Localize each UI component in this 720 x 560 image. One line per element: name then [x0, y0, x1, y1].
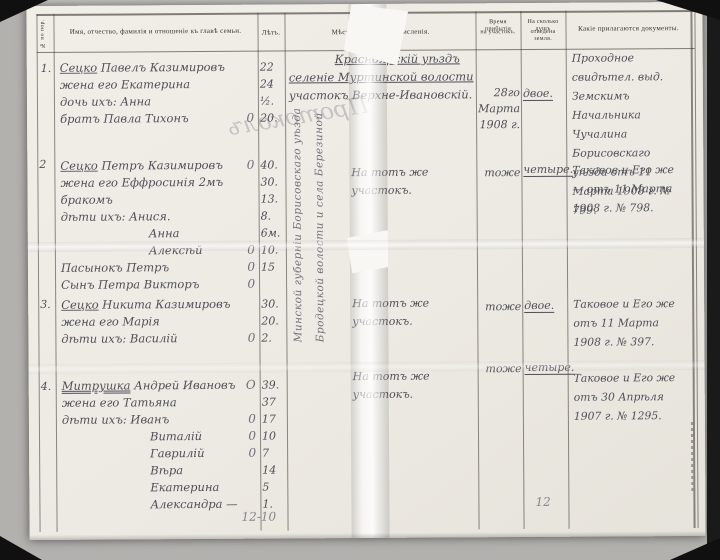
printer-imprint — [691, 422, 693, 494]
member-name: Александра — — [62, 496, 258, 514]
tally-mark: 0 — [248, 411, 256, 428]
pencil-total-right: 12 — [535, 495, 550, 509]
tally-mark: 0 — [247, 276, 255, 293]
member-name: 0Пасынокъ Петръ — [61, 259, 257, 277]
member-name: 0дѣти ихъ: Иванъ — [62, 411, 258, 429]
family-ages: 30. 20. 2. — [261, 295, 285, 346]
row-number: 3. — [40, 298, 51, 311]
column-header-name: Имя, отчество, фамилія и отношеніе къ гл… — [57, 27, 255, 36]
row-number: 1. — [41, 62, 52, 75]
member-name: 0Сынъ Петра Викторъ — [61, 276, 257, 294]
member-age: 6м. — [261, 224, 285, 241]
family-ages: 39. 37 17 10 7 14 5 1. — [262, 376, 287, 512]
tally-mark: 0 — [248, 445, 256, 462]
member-name: Сецко Никита Казимировъ — [61, 296, 257, 314]
table-left-border — [36, 14, 40, 532]
column-header-arrival-2: на участокъ. — [477, 29, 520, 36]
tally-mark: 0 — [247, 259, 255, 276]
member-age: 7 — [262, 444, 286, 461]
documents-note: Таковое и Его же отъ 11 Марта 1908 г. № … — [573, 294, 687, 352]
member-name: жена его Еффросинія 2мъ бракомъ — [60, 174, 256, 209]
col-line-souls — [565, 11, 569, 529]
member-name: 0братъ Павла Тихонъ — [60, 110, 256, 128]
family-ages: 22 24 ½. 20. — [260, 58, 284, 126]
member-name: ОМитрушка Андрей Ивановъ — [62, 377, 258, 395]
row-number: 2 — [39, 158, 46, 171]
member-age: 17 — [262, 410, 286, 427]
scanned-census-page: № по пор. Имя, отчество, фамилія и отнош… — [0, 0, 720, 560]
member-age: ½. — [260, 92, 284, 109]
member-name: 0Виталій — [62, 428, 258, 446]
family-ages: 40. 30. 13. 8. 6м. 10. 15 — [260, 156, 285, 275]
tally-mark: 0 — [247, 157, 255, 174]
member-name: дочь ихъ: Анна — [60, 93, 256, 111]
scan-background — [707, 0, 720, 560]
column-header-number: № по пор. — [38, 18, 46, 50]
souls-count: двое. — [523, 87, 565, 100]
member-name: Екатерина — [62, 479, 258, 497]
row-number: 4. — [41, 380, 52, 393]
member-age: 14 — [262, 461, 286, 478]
column-header-documents: Какіе прилагаются документы. — [568, 24, 688, 33]
member-age: 39. — [262, 376, 286, 393]
souls-count: четыре. — [523, 163, 565, 176]
member-age: 8. — [261, 207, 285, 224]
member-age: 20. — [261, 312, 285, 329]
family-members: Сецко Павелъ Казимировъ жена его Екатери… — [60, 59, 256, 128]
member-name: Сецко Павелъ Казимировъ — [60, 59, 256, 77]
column-header-souls-2: отведена земля. — [522, 29, 565, 43]
column-header-age: Лѣтъ. — [258, 28, 285, 36]
member-name: жена его Татьяна — [62, 394, 258, 412]
family-members: Сецко Никита Казимировъ жена его Марія 0… — [61, 296, 257, 348]
member-age: 37 — [262, 393, 286, 410]
souls-count: двое. — [524, 299, 566, 312]
member-name: 0Гаврилій — [62, 445, 258, 463]
pencil-total-left: 12-10 — [241, 510, 276, 524]
member-age: 24 — [260, 75, 284, 92]
col-line-no — [53, 14, 57, 532]
member-age: 20. — [260, 109, 284, 126]
member-age: 2. — [261, 329, 285, 346]
documents-note: Таковое и Его же — отъ 11 Марта 1908 г. … — [572, 160, 686, 218]
arrival-date: 28го Марта 1908 г. — [476, 85, 522, 133]
member-age: 15 — [261, 258, 285, 275]
member-name: дѣти ихъ: Анися. — [61, 208, 257, 226]
member-age: 5 — [262, 478, 286, 495]
tally-mark: 0 — [246, 110, 254, 127]
family-members: ОМитрушка Андрей Ивановъ жена его Татьян… — [62, 377, 259, 514]
member-age: 40. — [260, 156, 284, 173]
member-age: 10 — [262, 427, 286, 444]
member-name: 0дѣти ихъ: Василій — [61, 330, 257, 348]
member-name: жена его Екатерина — [60, 76, 256, 94]
documents-note: Таковое и Его же отъ 30 Апрѣля 1907 г. №… — [574, 368, 688, 426]
arrival-date: тоже — [476, 165, 522, 181]
tally-mark: 0 — [248, 428, 256, 445]
family-members: 0Сецко Петръ Казимировъ жена его Еффроси… — [60, 157, 257, 294]
member-age: 30. — [260, 173, 284, 190]
arrival-date: тоже — [477, 299, 523, 315]
tally-mark: 0 — [248, 330, 256, 347]
tally-mark: О — [246, 377, 256, 394]
census-document: № по пор. Имя, отчество, фамилія и отнош… — [26, 2, 705, 540]
member-age: 13. — [261, 190, 285, 207]
member-age: 22 — [260, 58, 284, 75]
member-age: 30. — [261, 295, 285, 312]
member-name: жена его Марія — [61, 313, 257, 331]
member-name: Вѣра — [62, 462, 258, 480]
member-name: 0Сецко Петръ Казимировъ — [60, 157, 256, 175]
